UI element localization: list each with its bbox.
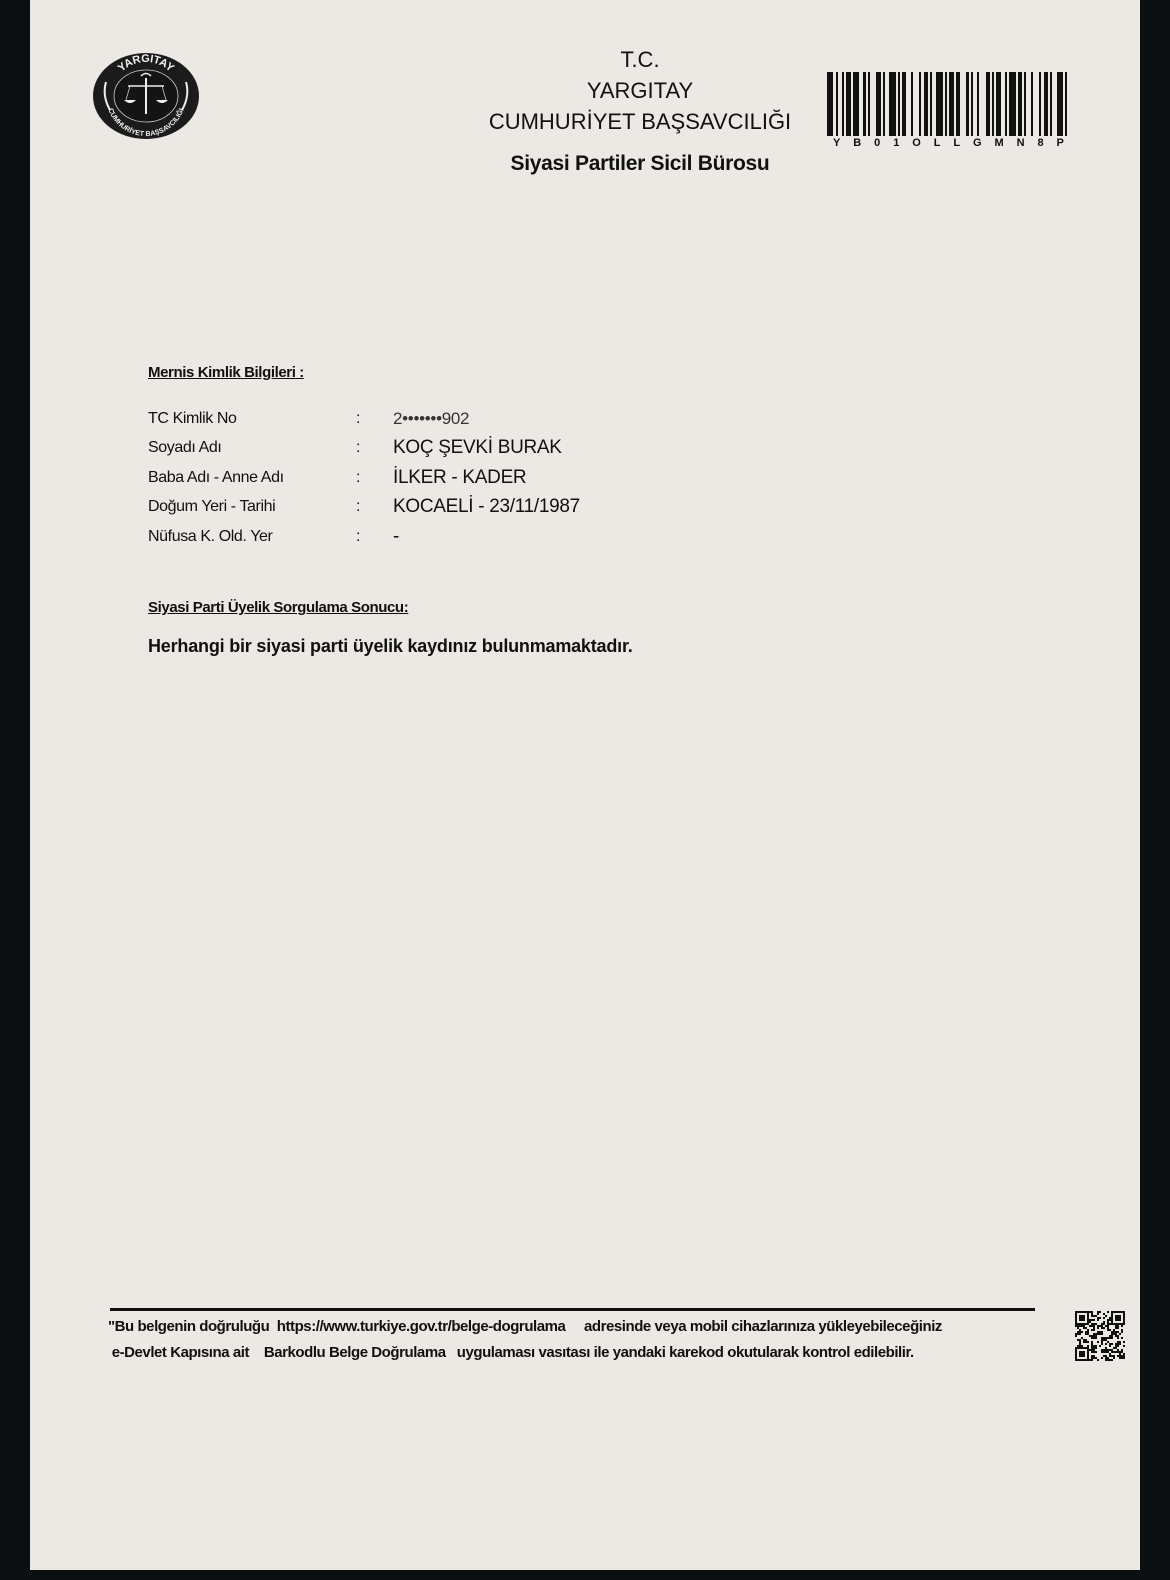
row-separator: :: [356, 439, 393, 457]
row-value: KOÇ ŞEVKİ BURAK: [393, 437, 562, 459]
barcode-char: 1: [893, 137, 901, 149]
row-label: Nüfusa K. Old. Yer: [148, 528, 356, 546]
row-separator: :: [356, 410, 393, 428]
verification-line-1: "Bu belgenin doğruluğu https://www.turki…: [108, 1314, 1048, 1340]
row-separator: :: [356, 528, 393, 546]
barcode-bars: [827, 72, 1072, 136]
row-separator: :: [356, 469, 393, 487]
barcode-char: 8: [1037, 137, 1045, 149]
document-header: T.C. YARGITAY CUMHURİYET BAŞSAVCILIĞI Si…: [410, 44, 870, 176]
row-value: KOCAELİ - 23/11/1987: [393, 496, 580, 518]
row-value: İLKER - KADER: [393, 467, 526, 489]
barcode-char: Y: [833, 137, 842, 149]
identity-row-registry: Nüfusa K. Old. Yer : -: [148, 522, 580, 552]
barcode-char: 0: [874, 137, 882, 149]
row-label: Doğum Yeri - Tarihi: [148, 498, 356, 516]
header-tc: T.C.: [410, 44, 870, 75]
identity-section-title: Mernis Kimlik Bilgileri :: [148, 364, 304, 381]
barcode-icon: YB01OLLGMN8P: [827, 72, 1072, 152]
yargitay-seal-icon: YARGITAY CUMHURİYET BAŞSAVCILIĞI: [92, 52, 200, 140]
header-institution: YARGITAY: [410, 75, 870, 106]
identity-row-parents: Baba Adı - Anne Adı : İLKER - KADER: [148, 463, 580, 493]
membership-section-title: Siyasi Parti Üyelik Sorgulama Sonucu:: [148, 599, 408, 616]
row-value: 2•••••••902: [393, 409, 469, 429]
header-office: CUMHURİYET BAŞSAVCILIĞI: [410, 106, 870, 137]
identity-row-name: Soyadı Adı : KOÇ ŞEVKİ BURAK: [148, 434, 580, 464]
verification-line-2: e-Devlet Kapısına ait Barkodlu Belge Doğ…: [108, 1340, 1048, 1366]
row-value: -: [393, 526, 399, 548]
row-separator: :: [356, 498, 393, 516]
row-label: TC Kimlik No: [148, 410, 356, 428]
membership-result: Herhangi bir siyasi parti üyelik kaydını…: [148, 636, 633, 657]
document-page: YARGITAY CUMHURİYET BAŞSAVCILIĞI T.C. YA…: [30, 0, 1140, 1570]
row-label: Baba Adı - Anne Adı: [148, 469, 356, 487]
footer-divider: [110, 1308, 1035, 1311]
barcode-char: G: [973, 137, 984, 149]
row-label: Soyadı Adı: [148, 439, 356, 457]
identity-table: TC Kimlik No : 2•••••••902 Soyadı Adı : …: [148, 404, 580, 552]
barcode-code: YB01OLLGMN8P: [827, 137, 1072, 149]
barcode-char: N: [1017, 137, 1027, 149]
barcode-char: O: [912, 137, 923, 149]
identity-row-tc: TC Kimlik No : 2•••••••902: [148, 404, 580, 434]
qr-code-icon: [1075, 1311, 1125, 1361]
barcode-char: B: [853, 137, 863, 149]
header-subtitle: Siyasi Partiler Sicil Bürosu: [410, 152, 870, 176]
identity-row-birth: Doğum Yeri - Tarihi : KOCAELİ - 23/11/19…: [148, 493, 580, 523]
verification-note: "Bu belgenin doğruluğu https://www.turki…: [108, 1314, 1048, 1366]
barcode-char: L: [953, 137, 962, 149]
barcode-char: L: [934, 137, 943, 149]
barcode-char: P: [1057, 137, 1066, 149]
barcode-char: M: [995, 137, 1006, 149]
